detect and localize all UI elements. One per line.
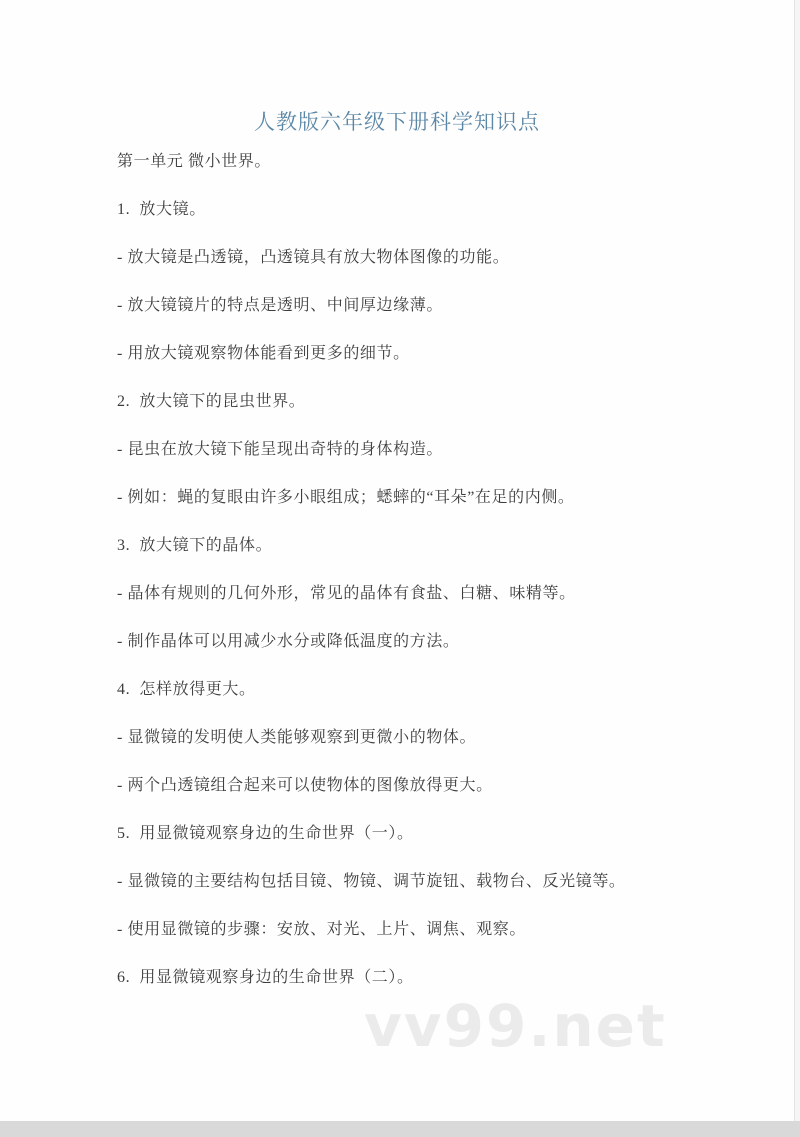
doc-line: - 制作晶体可以用减少水分或降低温度的方法。 — [117, 618, 734, 666]
doc-line: 5. 用显微镜观察身边的生命世界（一）。 — [117, 810, 734, 858]
right-gutter — [794, 0, 800, 1121]
doc-line: - 放大镜是凸透镜，凸透镜具有放大物体图像的功能。 — [117, 234, 734, 282]
page-title: 人教版六年级下册科学知识点 — [0, 106, 794, 138]
watermark: vv99.net — [364, 992, 667, 1060]
doc-line: - 放大镜镜片的特点是透明、中间厚边缘薄。 — [117, 282, 734, 330]
doc-line: - 用放大镜观察物体能看到更多的细节。 — [117, 330, 734, 378]
doc-line: - 显微镜的主要结构包括目镜、物镜、调节旋钮、载物台、反光镜等。 — [117, 858, 734, 906]
document-page: 人教版六年级下册科学知识点 第一单元 微小世界。 1. 放大镜。 - 放大镜是凸… — [0, 0, 794, 1121]
doc-line: - 昆虫在放大镜下能呈现出奇特的身体构造。 — [117, 426, 734, 474]
doc-line: - 使用显微镜的步骤：安放、对光、上片、调焦、观察。 — [117, 906, 734, 954]
doc-line: - 例如：蝇的复眼由许多小眼组成；蟋蟀的“耳朵”在足的内侧。 — [117, 474, 734, 522]
doc-line: - 晶体有规则的几何外形，常见的晶体有食盐、白糖、味精等。 — [117, 570, 734, 618]
doc-line: 3. 放大镜下的晶体。 — [117, 522, 734, 570]
doc-line: 4. 怎样放得更大。 — [117, 666, 734, 714]
doc-line: 第一单元 微小世界。 — [117, 138, 734, 186]
doc-line: 2. 放大镜下的昆虫世界。 — [117, 378, 734, 426]
doc-line: - 显微镜的发明使人类能够观察到更微小的物体。 — [117, 714, 734, 762]
document-viewer: 人教版六年级下册科学知识点 第一单元 微小世界。 1. 放大镜。 - 放大镜是凸… — [0, 0, 800, 1137]
document-body: 第一单元 微小世界。 1. 放大镜。 - 放大镜是凸透镜，凸透镜具有放大物体图像… — [0, 138, 794, 1002]
doc-line: 1. 放大镜。 — [117, 186, 734, 234]
page-bottom-gap — [0, 1121, 800, 1137]
title-row: 人教版六年级下册科学知识点 — [0, 0, 794, 138]
doc-line: - 两个凸透镜组合起来可以使物体的图像放得更大。 — [117, 762, 734, 810]
